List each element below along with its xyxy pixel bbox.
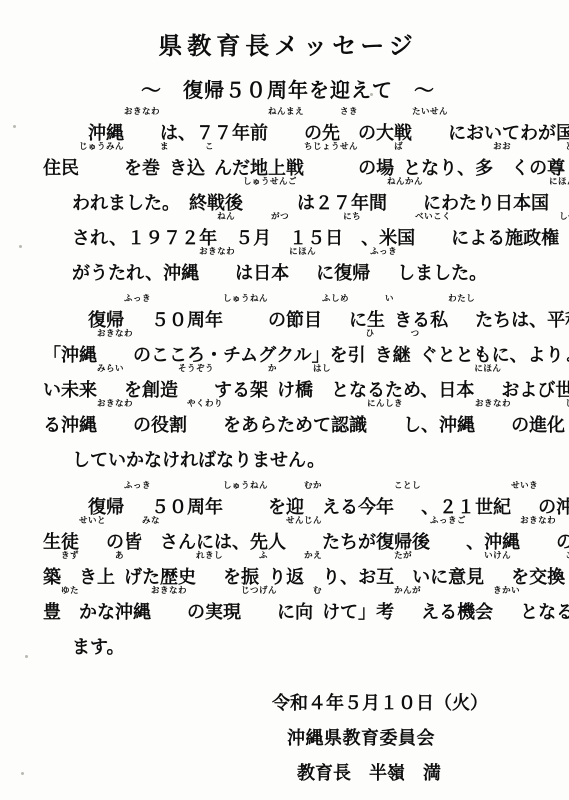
scan-speck <box>21 772 24 775</box>
scan-speck <box>25 655 28 658</box>
document-subtitle: ～ 復帰５０周年を迎えて ～ <box>43 79 533 103</box>
plain-text: の <box>511 408 529 443</box>
plain-text: える <box>421 595 457 630</box>
paragraph: 復帰ふっき５０周年しゅうねんを迎むかえる今年ことし、２１世紀せいきの沖縄おきなわ… <box>43 490 533 665</box>
plain-text: たちは、 <box>475 303 547 338</box>
plain-text: き <box>79 560 97 595</box>
ruby-annotated-text: 引ひ <box>348 328 375 373</box>
plain-text: をあらためて <box>223 408 331 443</box>
plain-text: い <box>43 373 61 408</box>
plain-text: に <box>277 595 295 630</box>
ruby-annotated-text: 考かんが <box>376 585 421 630</box>
plain-text: けて」 <box>322 595 376 630</box>
ruby-annotated-text: 架か <box>250 363 277 408</box>
ruby-annotated-text: 機会きかい <box>457 585 520 630</box>
plain-text: の <box>358 116 376 151</box>
plain-text: しました。 <box>397 256 487 291</box>
ruby-annotated-text: 実現じつげん <box>205 585 277 630</box>
plain-text: かな <box>79 595 115 630</box>
scan-speck <box>19 245 22 248</box>
ruby-annotated-text: 進化しんか <box>529 398 569 443</box>
plain-text: による <box>451 221 505 256</box>
ruby-annotated-text: 交換こうかん <box>529 550 569 595</box>
text-line: がうたれ、沖縄おきなわは日本にほんに復帰ふっきしました。 <box>43 256 533 291</box>
ruby-annotated-text: 沖縄おきなわ <box>439 398 511 443</box>
organization-line: 沖縄県教育委員会 <box>287 721 533 756</box>
plain-text: を <box>124 151 142 186</box>
ruby-annotated-text: 住民じゅうみん <box>43 141 124 186</box>
scan-speck <box>370 93 373 96</box>
ruby-annotated-text: 日本にほん <box>253 246 316 291</box>
ruby-annotated-text: 沖縄おきなわ <box>115 585 187 630</box>
ruby-annotated-text: 橋はし <box>295 363 331 408</box>
plain-text: き <box>375 338 393 373</box>
plain-text: の <box>187 595 205 630</box>
ruby-annotated-text: 私わたし <box>430 293 475 338</box>
plain-text: していかなければなりません。 <box>72 443 325 478</box>
plain-text: たちが <box>322 525 376 560</box>
ruby-annotated-text: 認識にんしき <box>331 398 403 443</box>
text-line: していかなければなりません。 <box>43 443 533 478</box>
ruby-annotated-text: 皆みな <box>124 515 160 560</box>
plain-text: われました。 <box>72 186 189 221</box>
text-line: ます。 <box>43 630 533 665</box>
plain-text: 「 <box>43 338 61 373</box>
ruby-annotated-text: 節目ふしめ <box>286 293 349 338</box>
ruby-annotated-text: 沖縄おきなわ <box>163 246 235 291</box>
ruby-annotated-text: 継つ <box>393 328 420 373</box>
scanned-document-page: 県教育長メッセージ ～ 復帰５０周年を迎えて ～ 沖縄おきなわは、７７年前ねんま… <box>0 0 569 800</box>
ruby-annotated-text: 周年しゅうねん <box>187 293 268 338</box>
ruby-annotated-text: 巻ま <box>142 141 169 186</box>
plain-text: の <box>133 408 151 443</box>
ruby-annotated-text: 平和へいわ <box>547 293 569 338</box>
ruby-annotated-text: 豊ゆた <box>43 585 79 630</box>
ruby-annotated-text: 向む <box>295 585 322 630</box>
signature-line: 教育長 半嶺 満 <box>297 756 533 791</box>
plain-text: け <box>277 373 295 408</box>
paragraph: 沖縄おきなわは、７７年前ねんまえの先さきの大戦たいせんにおいてわが国くにで唯一ゆ… <box>43 116 533 291</box>
ruby-annotated-text: 復帰ふっき <box>334 246 397 291</box>
ruby-annotated-text: 役割やくわり <box>151 398 223 443</box>
plain-text: がうたれ、 <box>72 256 163 291</box>
plain-text: し、 <box>403 408 439 443</box>
document-title: 県教育長メッセージ <box>43 32 533 62</box>
plain-text: の <box>268 303 286 338</box>
paragraph: 復帰ふっき５０周年しゅうねんの節目ふしめに生いきる私わたしたちは、平和へいわを希… <box>43 303 533 478</box>
ruby-annotated-text: 沖縄おきなわ <box>61 398 133 443</box>
plain-text: に <box>316 256 334 291</box>
plain-text: となることを <box>520 595 569 630</box>
document-content: 県教育長メッセージ ～ 復帰５０周年を迎えて ～ 沖縄おきなわは、７７年前ねんま… <box>0 0 569 791</box>
plain-text: り、お <box>322 560 376 595</box>
plain-text: は <box>235 256 253 291</box>
plain-text: える <box>322 490 358 525</box>
ruby-annotated-text: 施政権しせいけん <box>505 211 569 256</box>
date-line: 令和４年５月１０日（火） <box>272 686 533 721</box>
ruby-annotated-text: 沖縄おきなわ <box>556 480 569 525</box>
document-body: 沖縄おきなわは、７７年前ねんまえの先さきの大戦たいせんにおいてわが国くにで唯一ゆ… <box>43 116 533 665</box>
text-line: る沖縄おきなわの役割やくわりをあらためて認識にんしきし、沖縄おきなわの進化しんか… <box>43 408 533 443</box>
plain-text: ５０ <box>151 303 187 338</box>
scan-speck <box>13 125 16 128</box>
plain-text: き <box>169 151 187 186</box>
text-line: 豊ゆたかな沖縄おきなわの実現じつげんに向むけて」考かんがえる機会きかいとなること… <box>43 595 533 630</box>
plain-text: る <box>43 408 61 443</box>
plain-text: ます。 <box>72 630 125 665</box>
plain-text: ５ <box>235 221 253 256</box>
document-footer: 令和４年５月１０日（火） 沖縄県教育委員会 教育長 半嶺 満 <box>43 686 533 791</box>
